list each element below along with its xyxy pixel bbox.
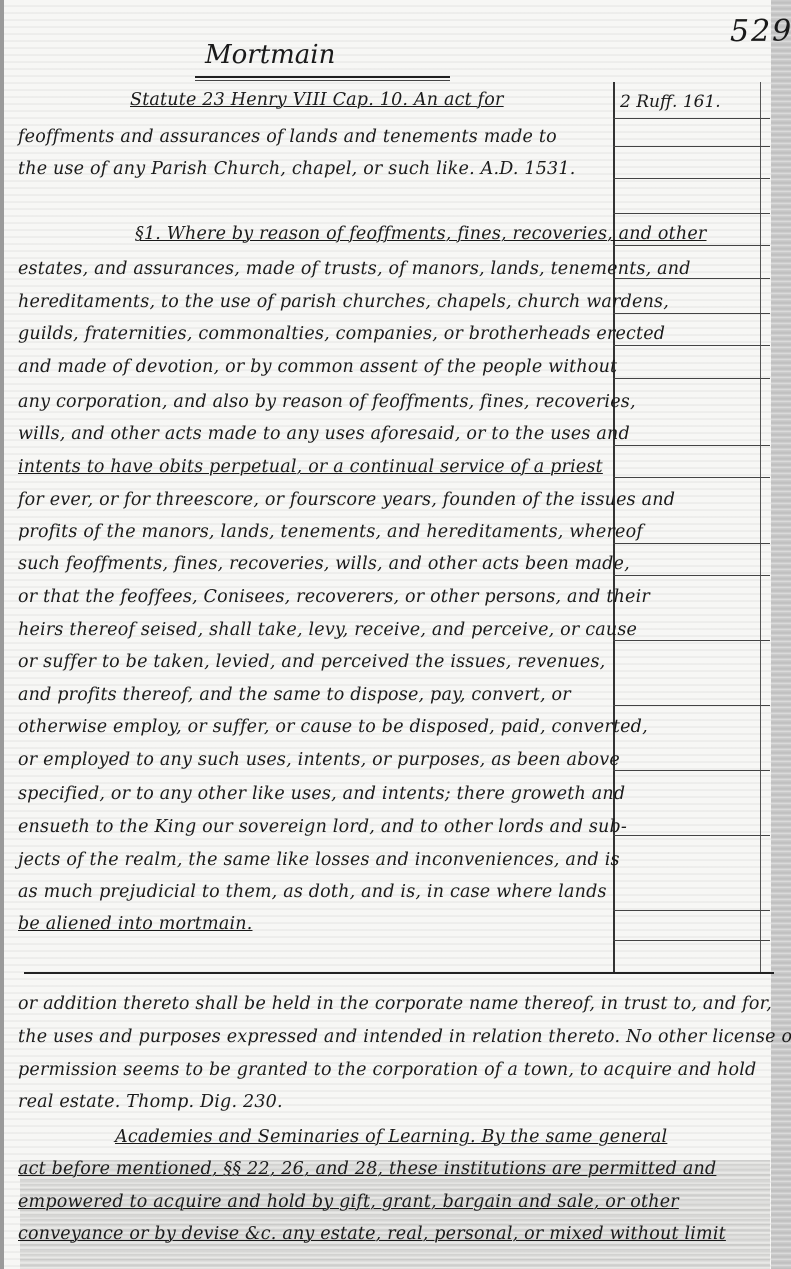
margin-rule (613, 705, 770, 706)
text-line: be aliened into mortmain. (18, 912, 252, 936)
text-line: or addition thereto shall be held in the… (18, 992, 772, 1016)
margin-rule (613, 835, 770, 836)
text-line: or employed to any such uses, intents, o… (18, 748, 620, 772)
text-line: for ever, or for threescore, or fourscor… (18, 488, 675, 512)
title-underline-secondary (195, 80, 450, 81)
margin-rule (613, 575, 770, 576)
text-line: or suffer to be taken, levied, and perce… (18, 650, 605, 674)
margin-rule (613, 146, 770, 147)
title-underline (195, 76, 450, 78)
margin-rule (613, 213, 770, 214)
text-line: wills, and other acts made to any uses a… (18, 422, 630, 446)
text-line: specified, or to any other like uses, an… (18, 782, 625, 806)
text-line: and profits thereof, and the same to dis… (18, 683, 571, 707)
text-line: permission seems to be granted to the co… (18, 1058, 756, 1082)
page-number: 529 (730, 14, 791, 49)
page-left-edge (0, 0, 4, 1269)
text-line: as much prejudicial to them, as doth, an… (18, 880, 607, 904)
page-right-edge (771, 0, 791, 1269)
margin-rule (613, 445, 770, 446)
section-heading-line: Academies and Seminaries of Learning. By… (115, 1125, 667, 1149)
text-line: jects of the realm, the same like losses… (18, 848, 620, 872)
text-line: §1. Where by reason of feoffments, fines… (135, 222, 707, 246)
text-line: otherwise employ, or suffer, or cause to… (18, 715, 648, 739)
margin-rule (613, 178, 770, 179)
text-line: the uses and purposes expressed and inte… (18, 1025, 791, 1049)
text-line: ensueth to the King our sovereign lord, … (18, 815, 627, 839)
margin-rule (613, 770, 770, 771)
margin-column-outer-divider (760, 82, 761, 972)
text-line: real estate. Thomp. Dig. 230. (18, 1090, 283, 1114)
text-line: guilds, fraternities, commonalties, comp… (18, 322, 665, 346)
text-line: profits of the manors, lands, tenements,… (18, 520, 643, 544)
text-line: conveyance or by devise &c. any estate, … (18, 1222, 726, 1246)
text-line: the use of any Parish Church, chapel, or… (18, 157, 575, 181)
text-line: feoffments and assurances of lands and t… (18, 125, 557, 149)
text-line: such feoffments, fines, recoveries, will… (18, 552, 630, 576)
text-line: heirs thereof seised, shall take, levy, … (18, 618, 637, 642)
margin-rule (613, 477, 770, 478)
margin-reference: 2 Ruff. 161. (620, 92, 721, 112)
text-line: Statute 23 Henry VIII Cap. 10. An act fo… (130, 88, 504, 112)
text-line: and made of devotion, or by common assen… (18, 355, 617, 379)
text-line: intents to have obits perpetual, or a co… (18, 455, 603, 479)
text-line: any corporation, and also by reason of f… (18, 390, 636, 414)
manuscript-page: 529 Mortmain 2 Ruff. 161. Statute 23 Hen… (0, 0, 791, 1269)
margin-rule (613, 118, 770, 119)
text-line: estates, and assurances, made of trusts,… (18, 257, 691, 281)
section-divider (24, 972, 774, 974)
margin-rule (613, 378, 770, 379)
margin-rule (613, 910, 770, 911)
margin-rule (613, 940, 770, 941)
text-line: or that the feoffees, Conisees, recovere… (18, 585, 650, 609)
page-title: Mortmain (205, 40, 335, 70)
text-line: hereditaments, to the use of parish chur… (18, 290, 669, 314)
text-line: act before mentioned, §§ 22, 26, and 28,… (18, 1157, 716, 1181)
text-line: empowered to acquire and hold by gift, g… (18, 1190, 679, 1214)
